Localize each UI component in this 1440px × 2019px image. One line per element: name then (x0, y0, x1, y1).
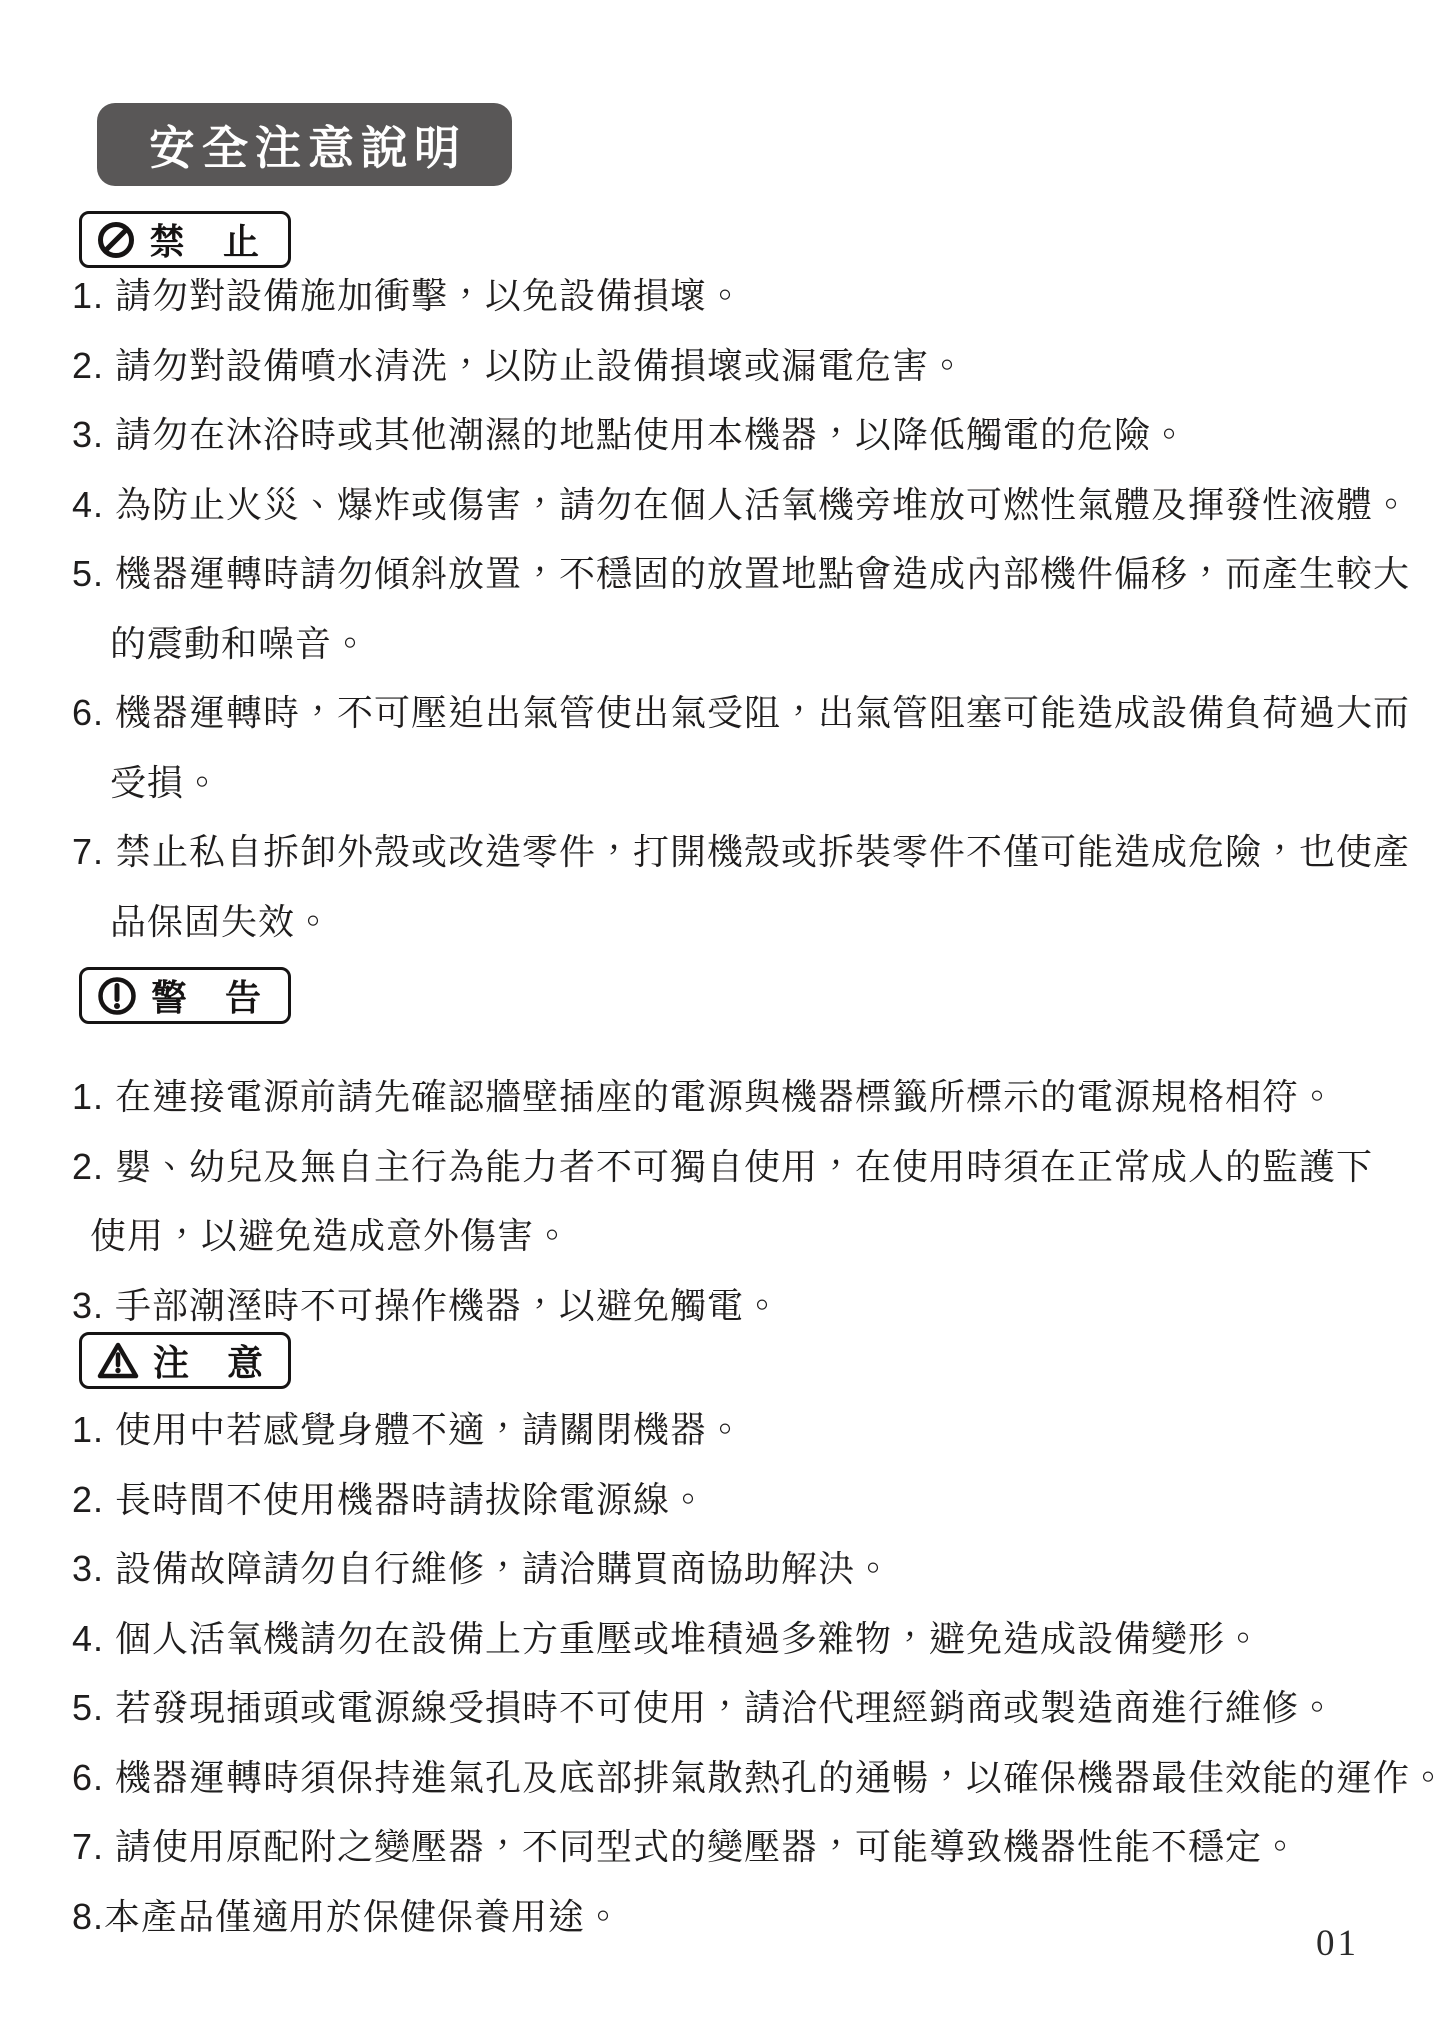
warning-triangle-icon (96, 1340, 140, 1382)
list-item: 6. 機器運轉時須保持進氣孔及底部排氣散熱孔的通暢，以確保機器最佳效能的運作。 (72, 1743, 1440, 1813)
list-item-continuation: 品保固失效。 (110, 887, 1410, 957)
prohibited-list: 1. 請勿對設備施加衝擊，以免設備損壞。 2. 請勿對設備噴水清洗，以防止設備損… (72, 261, 1410, 956)
warning-badge: 警 告 (79, 967, 291, 1024)
list-item: 8.本產品僅適用於保健保養用途。 (72, 1882, 1440, 1952)
list-item: 3. 手部潮溼時不可操作機器，以避免觸電。 (72, 1271, 1373, 1341)
list-item: 7. 禁止私自拆卸外殼或改造零件，打開機殼或拆裝零件不僅可能造成危險，也使產 (72, 817, 1410, 887)
prohibited-badge: 禁 止 (79, 211, 291, 268)
caution-badge-label: 注 意 (153, 1335, 264, 1386)
list-item: 1. 使用中若感覺身體不適，請關閉機器。 (72, 1395, 1440, 1465)
list-item: 2. 嬰、幼兒及無自主行為能力者不可獨自使用，在使用時須在正常成人的監護下 (72, 1132, 1373, 1202)
list-item: 5. 若發現插頭或電源線受損時不可使用，請洽代理經銷商或製造商進行維修。 (72, 1673, 1440, 1743)
list-item: 4. 為防止火災、爆炸或傷害，請勿在個人活氧機旁堆放可燃性氣體及揮發性液體。 (72, 470, 1410, 540)
list-item: 1. 在連接電源前請先確認牆壁插座的電源與機器標籤所標示的電源規格相符。 (72, 1062, 1373, 1132)
page-title-text: 安全注意說明 (142, 112, 467, 178)
caution-list: 1. 使用中若感覺身體不適，請關閉機器。 2. 長時間不使用機器時請拔除電源線。… (72, 1395, 1440, 1951)
list-item: 4. 個人活氧機請勿在設備上方重壓或堆積過多雜物，避免造成設備變形。 (72, 1604, 1440, 1674)
exclamation-circle-icon (96, 975, 138, 1017)
list-item: 5. 機器運轉時請勿傾斜放置，不穩固的放置地點會造成內部機件偏移，而產生較大 (72, 539, 1410, 609)
list-item: 7. 請使用原配附之變壓器，不同型式的變壓器，可能導致機器性能不穩定。 (72, 1812, 1440, 1882)
list-item: 2. 長時間不使用機器時請拔除電源線。 (72, 1465, 1440, 1535)
list-item: 1. 請勿對設備施加衝擊，以免設備損壞。 (72, 261, 1410, 331)
prohibited-badge-label: 禁 止 (149, 214, 260, 265)
page-title: 安全注意說明 (97, 103, 512, 186)
list-item-continuation: 受損。 (110, 748, 1410, 818)
list-item: 6. 機器運轉時，不可壓迫出氣管使出氣受阻，出氣管阻塞可能造成設備負荷過大而 (72, 678, 1410, 748)
list-item-continuation: 的震動和噪音。 (110, 609, 1410, 679)
list-item: 3. 設備故障請勿自行維修，請洽購買商協助解決。 (72, 1534, 1440, 1604)
page-number: 01 (1316, 1922, 1359, 1965)
manual-safety-page: 安全注意說明 禁 止 1. 請勿對設備施加衝擊，以免設備損壞。 2. 請勿對設備… (0, 0, 1440, 2019)
no-entry-icon (96, 220, 136, 260)
list-item-continuation: 使用，以避免造成意外傷害。 (90, 1201, 1373, 1271)
caution-badge: 注 意 (79, 1332, 291, 1389)
list-item: 2. 請勿對設備噴水清洗，以防止設備損壞或漏電危害。 (72, 331, 1410, 401)
warning-list: 1. 在連接電源前請先確認牆壁插座的電源與機器標籤所標示的電源規格相符。 2. … (72, 1062, 1373, 1340)
list-item: 3. 請勿在沐浴時或其他潮濕的地點使用本機器，以降低觸電的危險。 (72, 400, 1410, 470)
warning-badge-label: 警 告 (151, 970, 262, 1021)
